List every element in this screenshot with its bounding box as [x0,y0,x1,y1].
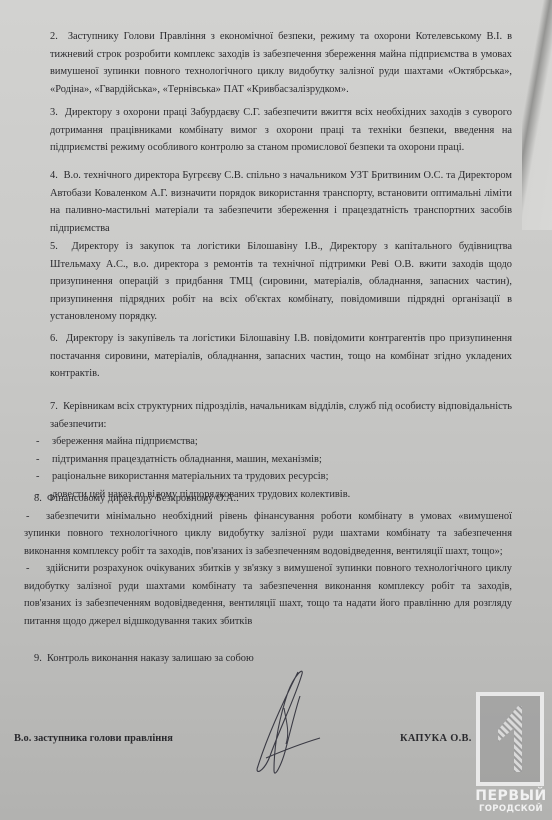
item-number: 3. [50,107,58,118]
list-item: раціональне використання матеріальних та… [24,468,512,486]
signatory-position: В.о. заступника голови правління [14,733,173,744]
item-text: Фінансовому директору Безкровному О.А.: [47,493,239,504]
item-number: 4. [50,170,58,181]
paragraph-6: 6. Директору із закупівель та логістики … [24,330,512,383]
paragraph-3: 3. Директору з охорони праці Забурдаєву … [24,104,512,157]
watermark-frame [476,692,544,786]
watermark-text-2: ГОРОДСКОЙ [474,804,548,814]
paragraph-5: 5. Директору із закупок та логістики Біл… [24,238,512,326]
list-item: -забезпечити мінімально необхідний рівен… [24,508,512,561]
item-text: Керівникам всіх структурних підрозділів,… [50,401,512,430]
item-text: Директору із закупок та логістики Білоша… [50,241,512,322]
item-number: 6. [50,333,58,344]
item-text: Директору з охорони праці Забурдаєву С.Г… [50,107,512,153]
watermark-logo: ПЕРВЫЙ ГОРОДСКОЙ [474,692,548,816]
item-number: 7. [50,401,58,412]
paragraph-9: 9. Контроль виконання наказу залишаю за … [24,650,512,668]
item-number: 9. [34,653,42,664]
item-text: В.о. технічного директора Бугрєєву С.В. … [50,170,512,234]
item-number: 5. [50,241,58,252]
page-edge-shadow [522,0,552,230]
item-text: Заступнику Голови Правління з економічно… [50,31,512,95]
document-page: 2. Заступнику Голови Правління з економі… [0,0,552,820]
signatory-name: КАПУКА О.В. [400,733,472,744]
number-one-icon [480,696,540,782]
watermark-text-1: ПЕРВЫЙ [474,788,548,804]
item-text: Директору із закупівель та логістики Біл… [50,333,512,379]
signature-icon [240,668,350,778]
paragraph-2: 2. Заступнику Голови Правління з економі… [24,28,512,98]
item-number: 2. [50,31,58,42]
list-item: -здійснити розрахунок очікуваних збитків… [24,560,512,630]
item-text: Контроль виконання наказу залишаю за соб… [47,653,254,664]
paragraph-8: 8. Фінансовому директору Безкровному О.А… [24,490,512,630]
list-item: збереження майна підприємства; [24,433,512,451]
paragraph-4: 4. В.о. технічного директора Бугрєєву С.… [24,167,512,237]
paragraph-7: 7. Керівникам всіх структурних підрозділ… [24,398,512,503]
item-number: 8. [34,493,42,504]
list-item: підтримання працездатність обладнання, м… [24,451,512,469]
